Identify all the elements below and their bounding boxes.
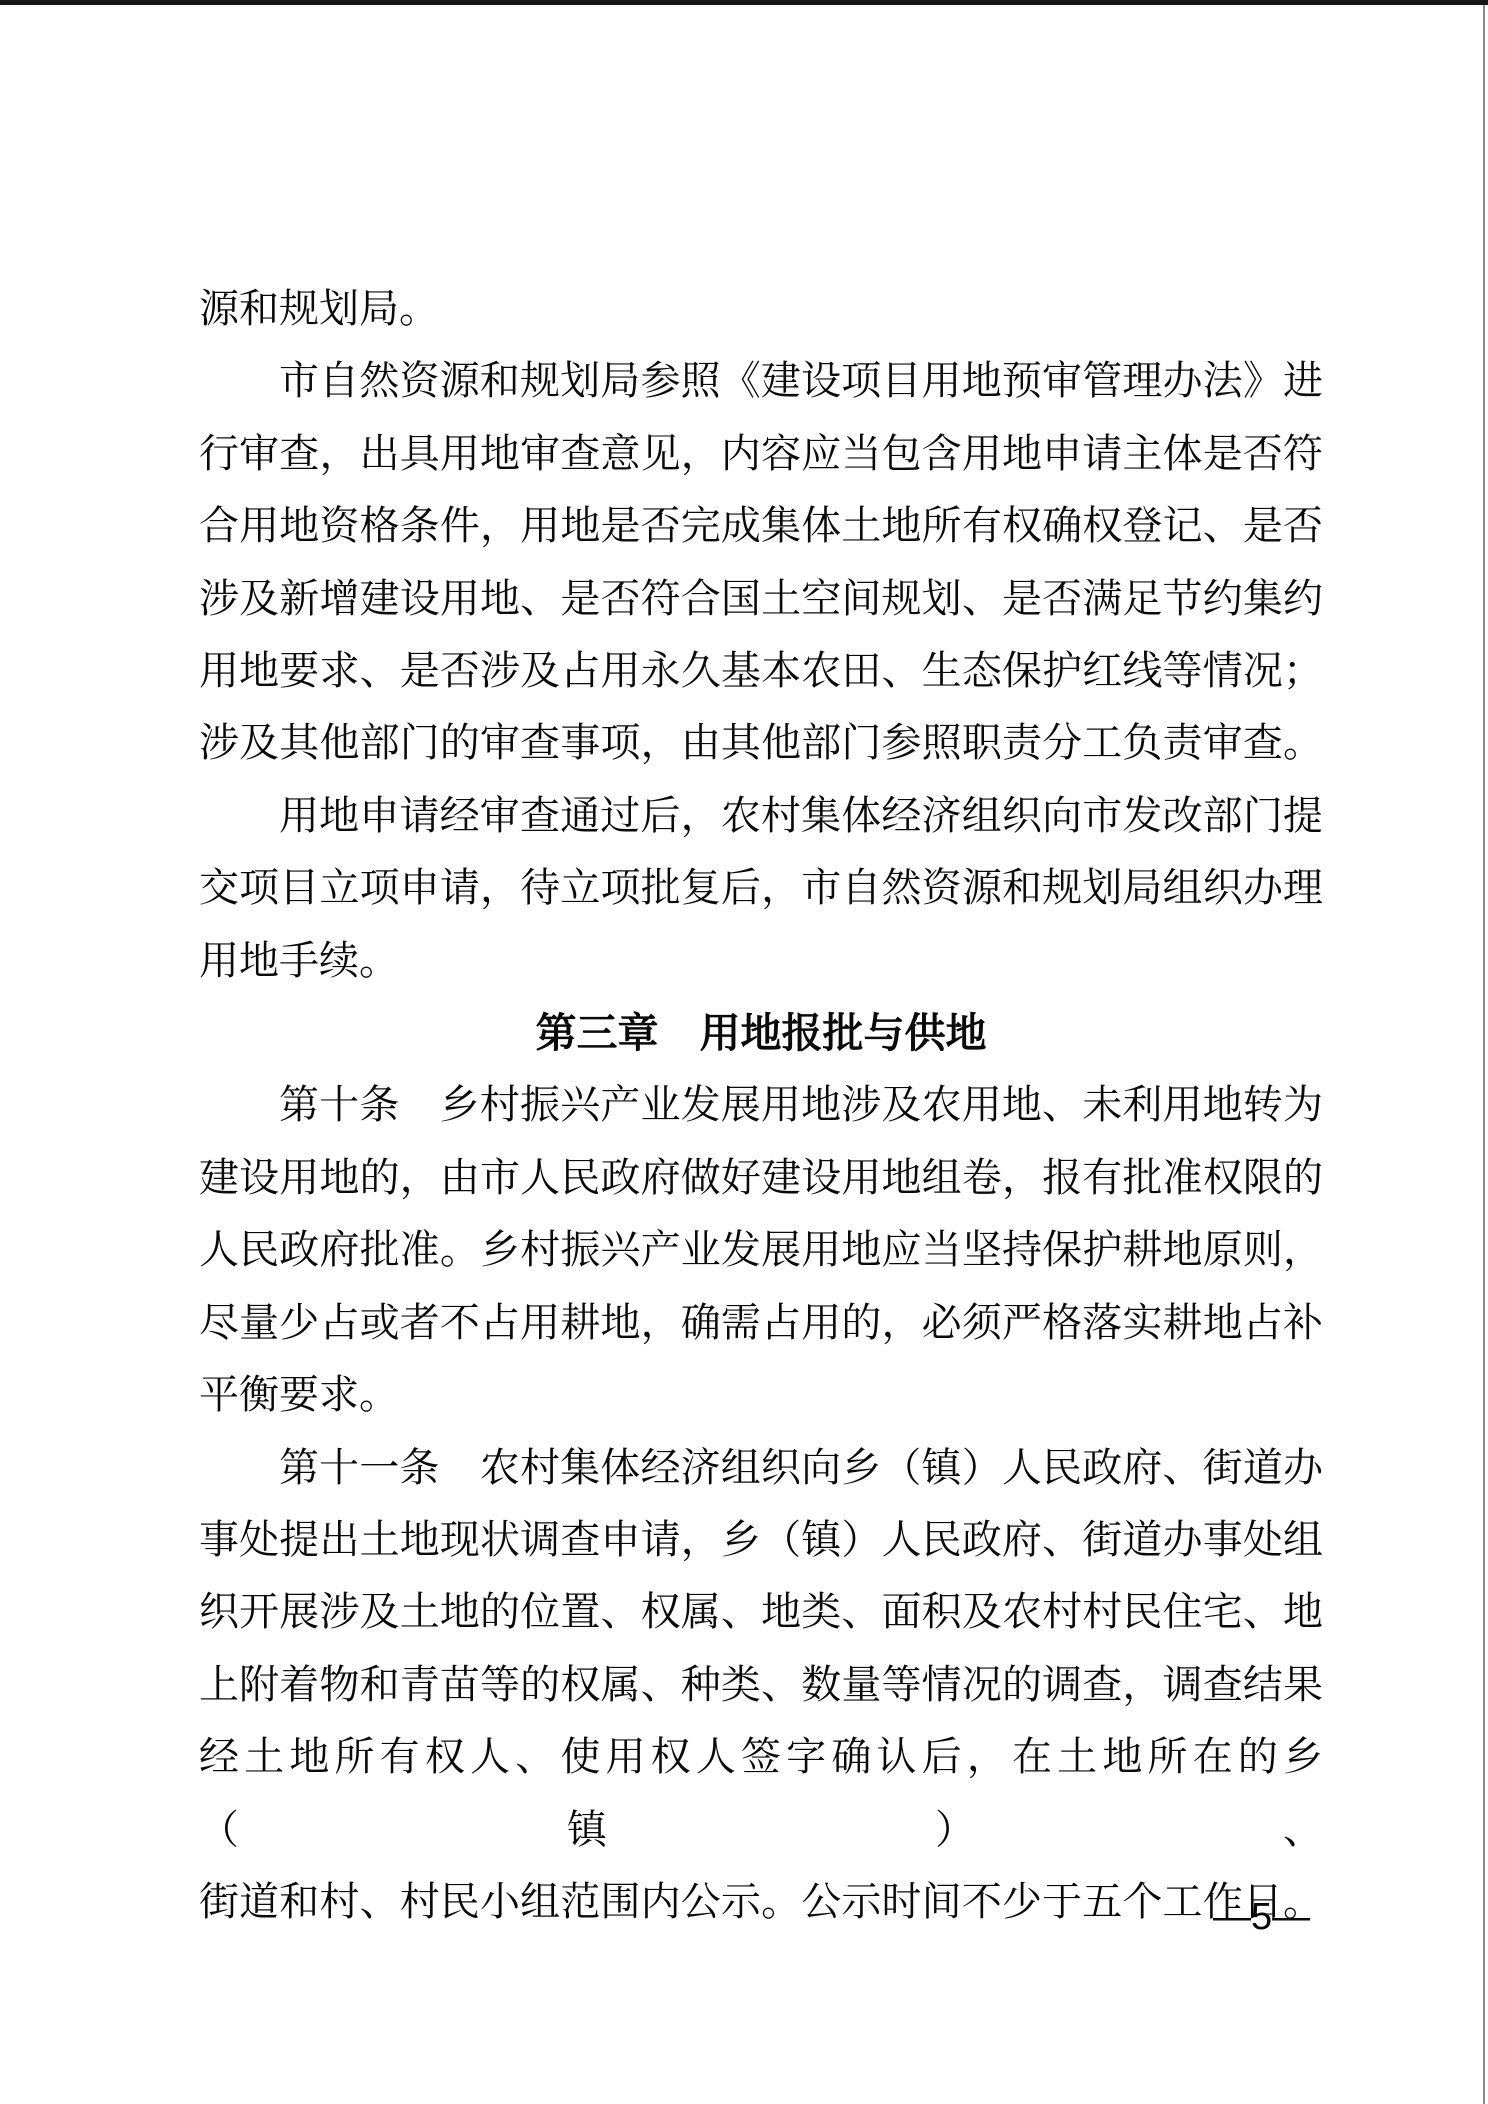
scan-right-edge-line	[1483, 0, 1485, 2104]
page-number: —5—	[1213, 1896, 1310, 1938]
text-line: 源和规划局。	[199, 273, 1323, 345]
text-line: 涉及新增建设用地、是否符合国土空间规划、是否满足节约集约	[199, 563, 1323, 635]
text-line: 街道和村、村民小组范围内公示。公示时间不少于五个工作日。	[199, 1866, 1323, 1938]
text-line: 市自然资源和规划局参照《建设项目用地预审管理办法》进	[199, 345, 1323, 417]
text-line: 用地手续。	[199, 925, 1323, 997]
scan-top-edge-bar	[0, 0, 1488, 5]
text-line: 事处提出土地现状调查申请，乡（镇）人民政府、街道办事处组	[199, 1504, 1323, 1576]
text-line: 上附着物和青苗等的权属、种类、数量等情况的调查，调查结果	[199, 1649, 1323, 1721]
text-line: 人民政府批准。乡村振兴产业发展用地应当坚持保护耕地原则，	[199, 1214, 1323, 1286]
text-line: 建设用地的，由市人民政府做好建设用地组卷，报有批准权限的	[199, 1142, 1323, 1214]
text-line: 涉及其他部门的审查事项，由其他部门参照职责分工负责审查。	[199, 707, 1323, 779]
text-line: 交项目立项申请，待立项批复后，市自然资源和规划局组织办理	[199, 852, 1323, 924]
text-line: 合用地资格条件，用地是否完成集体土地所有权确权登记、是否	[199, 490, 1323, 562]
text-line: 第十条 乡村振兴产业发展用地涉及农用地、未利用地转为	[199, 1069, 1323, 1141]
text-line: 用地要求、是否涉及占用永久基本农田、生态保护红线等情况；	[199, 635, 1323, 707]
text-line: 第十一条 农村集体经济组织向乡（镇）人民政府、街道办	[199, 1432, 1323, 1504]
text-line: 经土地所有权人、使用权人签字确认后，在土地所在的乡（镇）、	[199, 1721, 1323, 1866]
text-line: 织开展涉及土地的位置、权属、地类、面积及农村村民住宅、地	[199, 1576, 1323, 1648]
text-line: 用地申请经审查通过后，农村集体经济组织向市发改部门提	[199, 780, 1323, 852]
chapter-heading: 第三章 用地报批与供地	[199, 997, 1323, 1069]
text-line: 平衡要求。	[199, 1359, 1323, 1431]
document-body: 源和规划局。市自然资源和规划局参照《建设项目用地预审管理办法》进行审查，出具用地…	[199, 273, 1323, 1938]
document-page: 源和规划局。市自然资源和规划局参照《建设项目用地预审管理办法》进行审查，出具用地…	[0, 0, 1488, 2104]
text-line: 尽量少占或者不占用耕地，确需占用的，必须严格落实耕地占补	[199, 1287, 1323, 1359]
text-line: 行审查，出具用地审查意见，内容应当包含用地申请主体是否符	[199, 418, 1323, 490]
